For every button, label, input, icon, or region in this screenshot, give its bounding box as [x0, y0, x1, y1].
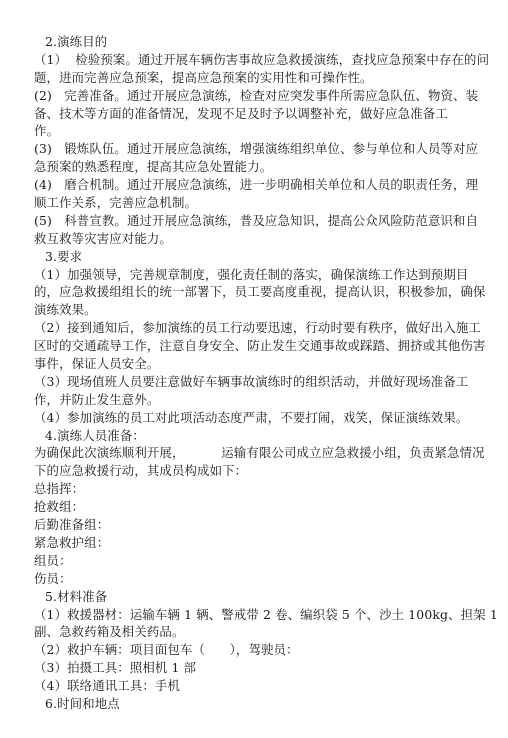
text-line: 顺工作关系，完善应急机制。 [34, 194, 448, 212]
text-line: (2) 完善准备。通过开展应急演练，检查对应突发事件所需应急队伍、物资、装 [34, 87, 448, 105]
text-line: 伤员： [34, 570, 448, 588]
text-line: 作。 [34, 122, 448, 140]
text-line: 题，进而完善应急预案，提高应急预案的实用性和可操作性。 [34, 69, 448, 87]
text-line: (5) 科普宣教。通过开展应急演练，普及应急知识，提高公众风险防范意识和自 [34, 212, 448, 230]
text-line: （1） 检验预案。通过开展车辆伤害事故应急救援演练，查找应急预案中存在的问 [34, 51, 448, 69]
text-line: （3）拍摄工具：照相机 1 部 [34, 659, 448, 677]
text-line: （4）参加演练的员工对此项活动态度严肃，不要打闹，戏笑，保证演练效果。 [34, 409, 448, 427]
document-page: 2.演练目的（1） 检验预案。通过开展车辆伤害事故应急救援演练，查找应急预案中存… [34, 33, 448, 713]
text-line: （2）接到通知后，参加演练的员工行动要迅速，行动时要有秩序，做好出入施工 [34, 319, 448, 337]
text-line: 副、急救药箱及相关药品。 [34, 623, 448, 641]
text-line: 演练效果。 [34, 301, 448, 319]
text-line: (4) 磨合机制。通过开展应急演练，进一步明确相关单位和人员的职责任务，理 [34, 176, 448, 194]
text-line: 抢救组： [34, 498, 448, 516]
text-line: (3) 锻炼队伍。通过开展应急演练，增强演练组织单位、参与单位和人员等对应 [34, 140, 448, 158]
text-line: 总指挥： [34, 480, 448, 498]
text-line: 为确保此次演练顺利开展， 运输有限公司成立应急救援小组，负责紧急情况 [34, 444, 448, 462]
text-line: 急预案的熟悉程度，提高其应急处置能力。 [34, 158, 448, 176]
text-line: 的，应急救援组组长的统一部署下，员工要高度重视，提高认识，积极参加，确保 [34, 283, 448, 301]
text-line: 区时的交通疏导工作，注意自身安全、防止发生交通事故或踩踏、拥挤或其他伤害 [34, 337, 448, 355]
text-line: 事件，保证人员安全。 [34, 355, 448, 373]
text-line: （3）现场值班人员要注意做好车辆事故演练时的组织活动，并做好现场准备工 [34, 373, 448, 391]
text-line: 紧急救护组： [34, 534, 448, 552]
text-line: （1）加强领导，完善规章制度，强化责任制的落实，确保演练工作达到预期目 [34, 266, 448, 284]
section-heading: 2.演练目的 [34, 33, 448, 51]
text-line: （1）救援器材：运输车辆 1 辆、警戒带 2 卷、编织袋 5 个、沙土 100k… [34, 606, 448, 624]
text-line: 下的应急救援行动，其成员构成如下： [34, 462, 448, 480]
text-line: 后勤准备组： [34, 516, 448, 534]
text-line: 救互救等灾害应对能力。 [34, 230, 448, 248]
text-line: （2）救护车辆：项目面包车（ ），驾驶员： [34, 641, 448, 659]
section-heading: 3.要求 [34, 248, 448, 266]
text-line: 备、技术等方面的准备情况，发现不足及时予以调整补充，做好应急准备工 [34, 105, 448, 123]
text-line: 作，并防止发生意外。 [34, 391, 448, 409]
text-line: （4）联络通讯工具：手机 [34, 677, 448, 695]
section-heading: 6.时间和地点 [34, 695, 448, 713]
text-line: 组员： [34, 552, 448, 570]
section-heading: 4.演练人员准备： [34, 427, 448, 445]
section-heading: 5.材料准备 [34, 588, 448, 606]
